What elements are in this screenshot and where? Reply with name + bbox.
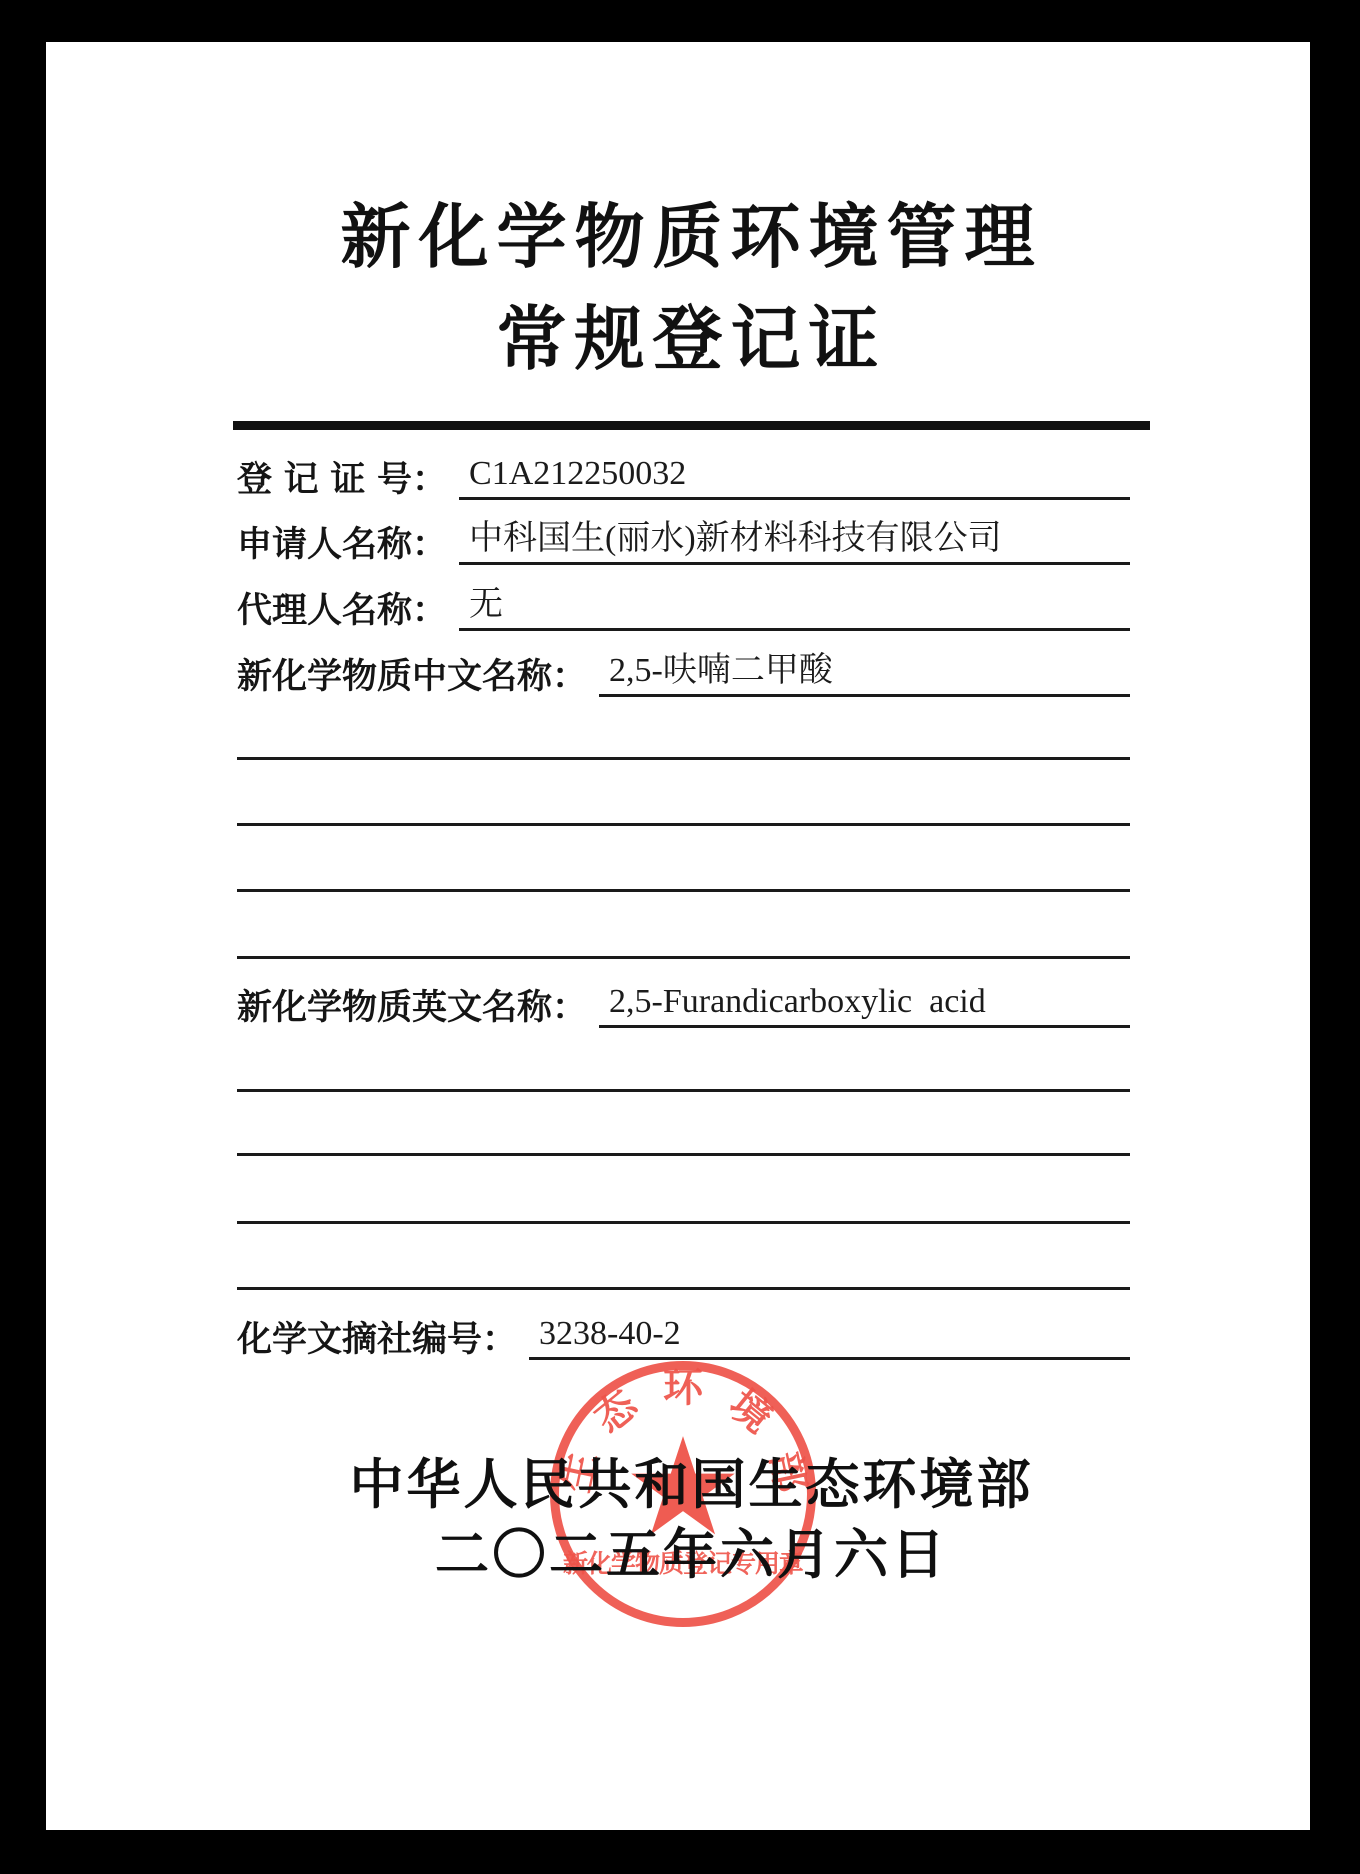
field-label: 申请人名称： bbox=[237, 525, 447, 565]
issuing-authority: 中华人民共和国生态环境部 bbox=[233, 1458, 1150, 1512]
field-label: 新化学物质中文名称： bbox=[237, 657, 587, 697]
title-divider-rule bbox=[233, 421, 1150, 430]
field-label: 登记证号： bbox=[237, 460, 447, 500]
issue-date: 二〇二五年六月六日 bbox=[233, 1528, 1150, 1582]
blank-line bbox=[237, 757, 1130, 760]
field-underline: 中科国生(丽水)新材料科技有限公司 bbox=[459, 519, 1130, 565]
field-row-applicant-name: 申请人名称： 中科国生(丽水)新材料科技有限公司 bbox=[237, 509, 1130, 565]
field-label: 代理人名称： bbox=[237, 591, 447, 631]
field-value: 2,5-Furandicarboxylic acid bbox=[609, 983, 986, 1020]
field-underline: C1A212250032 bbox=[459, 454, 1130, 500]
blank-line bbox=[237, 956, 1130, 959]
certificate-scan: 新化学物质环境管理 常规登记证 登记证号： C1A212250032 申请人名称… bbox=[0, 0, 1360, 1874]
field-value: 无 bbox=[469, 586, 503, 623]
field-value: C1A212250032 bbox=[469, 455, 686, 492]
field-underline: 2,5-呋喃二甲酸 bbox=[599, 651, 1130, 697]
field-row-cas-number: 化学文摘社编号： 3238-40-2 bbox=[237, 1304, 1130, 1360]
field-underline: 2,5-Furandicarboxylic acid bbox=[599, 982, 1130, 1028]
field-row-agent-name: 代理人名称： 无 bbox=[237, 575, 1130, 631]
blank-line bbox=[237, 889, 1130, 892]
blank-line bbox=[237, 1153, 1130, 1156]
field-value: 2,5-呋喃二甲酸 bbox=[609, 652, 833, 689]
field-row-english-name: 新化学物质英文名称： 2,5-Furandicarboxylic acid bbox=[237, 972, 1130, 1028]
blank-line bbox=[237, 1089, 1130, 1092]
blank-line bbox=[237, 823, 1130, 826]
certificate-title-line1: 新化学物质环境管理 bbox=[233, 202, 1150, 272]
field-row-registration-number: 登记证号： C1A212250032 bbox=[237, 444, 1130, 500]
field-row-chinese-name: 新化学物质中文名称： 2,5-呋喃二甲酸 bbox=[237, 641, 1130, 697]
field-value: 中科国生(丽水)新材料科技有限公司 bbox=[469, 520, 1002, 557]
field-label: 化学文摘社编号： bbox=[237, 1320, 517, 1360]
field-underline: 无 bbox=[459, 585, 1130, 631]
blank-line bbox=[237, 1221, 1130, 1224]
field-label: 新化学物质英文名称： bbox=[237, 988, 587, 1028]
field-value: 3238-40-2 bbox=[539, 1315, 681, 1352]
field-underline: 3238-40-2 bbox=[529, 1314, 1130, 1360]
certificate-title-line2: 常规登记证 bbox=[233, 304, 1150, 374]
seal-ring-char: 环 bbox=[661, 1366, 705, 1410]
blank-line bbox=[237, 1287, 1130, 1290]
